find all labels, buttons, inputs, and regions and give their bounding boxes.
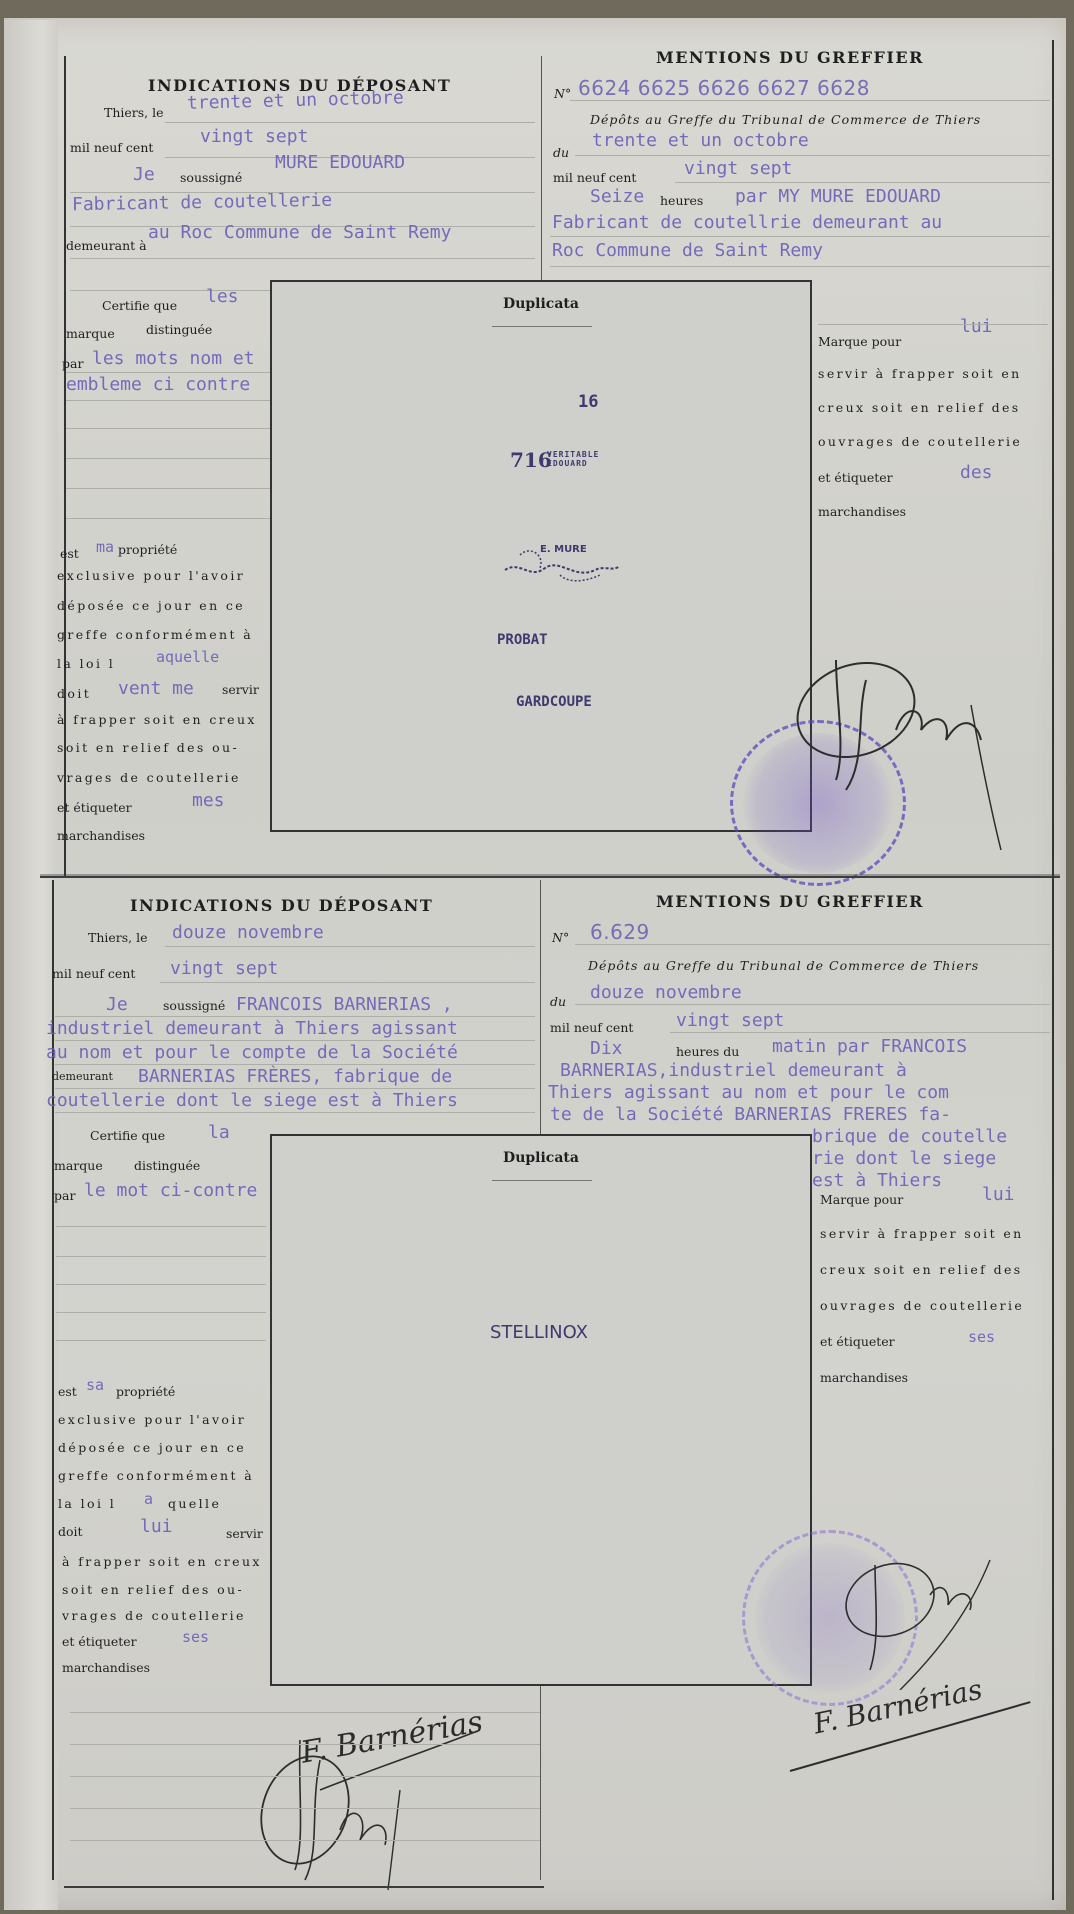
- par-value-2: embleme ci contre: [66, 374, 250, 395]
- page-binding: [4, 20, 58, 1910]
- rule: [818, 324, 1048, 325]
- rule: [70, 1776, 540, 1777]
- rule: [70, 258, 535, 259]
- column-divider-upper: [541, 56, 542, 286]
- clerk-detail-1: Fabricant de coutellrie demeurant au: [552, 212, 942, 233]
- certifie-value: les: [206, 286, 239, 307]
- lower-duplicata-box: Duplicata STELLINOX: [270, 1134, 812, 1686]
- rule: [55, 1040, 535, 1041]
- clause-line: greffe conformément à: [57, 627, 253, 642]
- year-label: mil neuf cent: [70, 140, 153, 155]
- certifie-label: Certifie que: [102, 298, 177, 313]
- rule: [165, 122, 535, 123]
- clause-line: à frapper soit en creux: [62, 1554, 262, 1569]
- marque-pour-value: lui: [960, 316, 993, 337]
- entry-divider: [40, 876, 1060, 878]
- deposit-numbers: 6624 6625 6626 6627 6628: [578, 76, 870, 100]
- stamp-16: 16: [578, 392, 598, 412]
- hour-value: Dix: [590, 1038, 623, 1059]
- certifie-value: la: [208, 1122, 230, 1143]
- clause-line: et étiqueter: [62, 1634, 137, 1649]
- heures-label: heures du: [676, 1044, 739, 1059]
- rule: [66, 518, 276, 519]
- clause-line: creux soit en relief des: [818, 400, 1021, 415]
- clerk-detail-3: te de la Société BARNERIAS FRERES fa-: [550, 1104, 951, 1125]
- du-label: du: [550, 994, 566, 1009]
- upper-clerk-heading: MENTIONS DU GREFFIER: [656, 48, 924, 67]
- clause-line: soit en relief des ou-: [57, 740, 239, 755]
- rule: [575, 1004, 1050, 1005]
- rule: [66, 488, 276, 489]
- rule: [55, 1064, 535, 1065]
- rule: [575, 944, 1050, 945]
- clause-line: et étiqueter: [820, 1334, 895, 1349]
- stamp-gardcoupe: GARDCOUPE: [516, 694, 592, 710]
- rule: [670, 1032, 1050, 1033]
- rule: [70, 1712, 540, 1713]
- marque-pour-value: lui: [982, 1184, 1015, 1205]
- clause-line: déposée ce jour en ce: [57, 598, 245, 613]
- hour-value: Seize: [590, 186, 644, 207]
- clause-line: ouvrages de coutellerie: [820, 1298, 1024, 1313]
- distinguee-label: distinguée: [134, 1158, 200, 1173]
- depositor-name: FRANCOIS BARNERIAS ,: [236, 994, 453, 1015]
- doit-value: vent me: [118, 678, 194, 699]
- je-text: Je: [133, 164, 155, 185]
- etiqueter-value: ses: [182, 1628, 209, 1646]
- deposit-number: 6.629: [590, 920, 650, 944]
- clause-line: et étiqueter: [57, 800, 132, 815]
- clause-line: ouvrages de coutellerie: [818, 434, 1022, 449]
- year-value: vingt sept: [200, 126, 308, 147]
- clause-line: vrages de coutellerie: [62, 1608, 246, 1623]
- clause-line: marchandises: [62, 1660, 150, 1675]
- clause-line: servir à frapper soit en: [820, 1226, 1024, 1241]
- clerk-detail-4: brique de coutelle: [812, 1126, 1007, 1147]
- marque-pour-label: Marque pour: [818, 334, 901, 349]
- clause-line: doit: [57, 686, 91, 701]
- par-depositor: par MY MURE EDOUARD: [735, 186, 941, 207]
- stamp-e-mure: E. MURE: [540, 544, 587, 555]
- clause-line: marchandises: [57, 828, 145, 843]
- year-value: vingt sept: [676, 1010, 784, 1031]
- stamp-probat: PROBAT: [497, 632, 548, 648]
- rule: [492, 1180, 592, 1181]
- lower-depositor-heading: INDICATIONS DU DÉPOSANT: [130, 896, 433, 915]
- rule: [570, 100, 1050, 101]
- demeurant-label: demeurant à: [66, 238, 147, 253]
- rule: [70, 1840, 540, 1841]
- entry-divider-shadow: [40, 874, 1060, 876]
- depositor-name: MURE EDOUARD: [275, 152, 405, 173]
- clause-line: marchandises: [818, 504, 906, 519]
- clause-line: et étiqueter: [818, 470, 893, 485]
- rule: [56, 1226, 266, 1227]
- marque-pour-label: Marque pour: [820, 1192, 903, 1207]
- etiqueter-value: mes: [192, 790, 225, 811]
- rule: [55, 1112, 535, 1113]
- clerk-signature-upper: [776, 620, 1026, 860]
- year-label: mil neuf cent: [553, 170, 636, 185]
- clause-line: exclusive pour l'avoir: [58, 1412, 246, 1427]
- clause-line: doit: [58, 1524, 83, 1539]
- stamp-716: 716: [510, 448, 552, 472]
- clause-line: vrages de coutellerie: [57, 770, 241, 785]
- laquelle-suffix: quelle: [168, 1496, 221, 1511]
- depositor-detail-4: coutellerie dont le siege est à Thiers: [46, 1090, 458, 1111]
- address: au Roc Commune de Saint Remy: [148, 222, 451, 243]
- place-label: Thiers, le: [88, 930, 148, 945]
- rule: [56, 1340, 266, 1341]
- par-label: par: [62, 356, 83, 371]
- rule: [66, 458, 276, 459]
- rule: [550, 266, 1050, 267]
- par-value: le mot ci-contre: [84, 1180, 257, 1201]
- est-label: est: [60, 546, 79, 561]
- rule: [575, 155, 1050, 156]
- bottom-edge: [64, 1886, 544, 1888]
- clerk-detail-2: Thiers agissant au nom et pour le com: [548, 1082, 949, 1103]
- etiqueter-value: des: [960, 462, 993, 483]
- clause-line: greffe conformément à: [58, 1468, 254, 1483]
- clause-line: à frapper soit en creux: [57, 712, 257, 727]
- par-value-1: les mots nom et: [92, 348, 255, 369]
- rule: [492, 326, 592, 327]
- rule: [56, 1284, 266, 1285]
- year-label: mil neuf cent: [550, 1020, 633, 1035]
- etiqueter-value: ses: [968, 1328, 995, 1346]
- propriete-label: propriété: [118, 542, 177, 557]
- trademark-stellinox: STELLINOX: [490, 1322, 588, 1343]
- year-value: vingt sept: [684, 158, 792, 179]
- clerk-detail-6: est à Thiers: [812, 1170, 942, 1191]
- duplicata-label: Duplicata: [272, 296, 810, 312]
- laquelle-value: a: [144, 1490, 153, 1508]
- clerk-detail-1: BARNERIAS,industriel demeurant à: [560, 1060, 907, 1081]
- clause-line: exclusive pour l'avoir: [57, 568, 245, 583]
- clause-line: la loi l: [58, 1496, 116, 1511]
- rule: [70, 1744, 540, 1745]
- est-value: ma: [96, 538, 114, 556]
- servir-label: servir: [222, 682, 259, 697]
- clause-line: soit en relief des ou-: [62, 1582, 244, 1597]
- rule: [66, 400, 276, 401]
- rule: [56, 1256, 266, 1257]
- clause-line: déposée ce jour en ce: [58, 1440, 246, 1455]
- par-label: par: [54, 1188, 75, 1203]
- certifie-label: Certifie que: [90, 1128, 165, 1143]
- est-label: est: [58, 1384, 77, 1399]
- rule: [66, 428, 276, 429]
- number-label: N°: [554, 86, 571, 101]
- depositor-detail-2: au nom et pour le compte de la Société: [46, 1042, 458, 1063]
- number-label: N°: [552, 930, 569, 945]
- je-text: Je: [106, 994, 128, 1015]
- rule: [70, 1808, 540, 1809]
- servir-label: servir: [226, 1526, 263, 1541]
- rule: [56, 1312, 266, 1313]
- soussigne-label: soussigné: [180, 170, 242, 185]
- par-depositor: matin par FRANCOIS: [772, 1036, 967, 1057]
- depots-label: Dépôts au Greffe du Tribunal de Commerce…: [590, 112, 981, 127]
- deposit-date: trente et un octobre: [592, 130, 809, 151]
- deposit-date: douze novembre: [590, 982, 742, 1003]
- rule: [55, 1088, 535, 1089]
- distinguee-label: distinguée: [146, 322, 212, 337]
- year-value: vingt sept: [170, 958, 278, 979]
- clerk-signature-left: [250, 1720, 500, 1890]
- rule: [675, 182, 1050, 183]
- rule: [66, 372, 276, 373]
- rule: [160, 982, 535, 983]
- rule: [55, 1016, 535, 1017]
- marque-label: marque: [54, 1158, 103, 1173]
- year-label: mil neuf cent: [52, 966, 135, 981]
- laquelle-value: aquelle: [156, 648, 219, 666]
- date-value: douze novembre: [172, 922, 324, 943]
- clause-line: la loi l: [57, 656, 115, 671]
- propriete-label: propriété: [116, 1384, 175, 1399]
- clause-line: creux soit en relief des: [820, 1262, 1023, 1277]
- clause-line: servir à frapper soit en: [818, 366, 1022, 381]
- depositor-detail-3: BARNERIAS FRÈRES, fabrique de: [138, 1066, 452, 1087]
- depositor-detail-1: industriel demeurant à Thiers agissant: [46, 1018, 458, 1039]
- clause-line: marchandises: [820, 1370, 908, 1385]
- rule: [165, 946, 535, 947]
- du-label: du: [553, 145, 569, 160]
- demeurant-label: demeurant: [52, 1070, 113, 1083]
- marque-label: marque: [66, 326, 115, 341]
- lower-clerk-heading: MENTIONS DU GREFFIER: [656, 892, 924, 911]
- stamp-veritable-edouard: VERITABLE EDOUARD: [547, 450, 593, 468]
- clerk-detail-2: Roc Commune de Saint Remy: [552, 240, 823, 261]
- est-value: sa: [86, 1376, 104, 1394]
- right-margin-rule: [1052, 40, 1054, 1900]
- heures-label: heures: [660, 193, 703, 208]
- rule: [550, 236, 1050, 237]
- duplicata-label: Duplicata: [272, 1150, 810, 1166]
- soussigne-label: soussigné: [163, 998, 225, 1013]
- clerk-detail-5: rie dont le siege: [812, 1148, 996, 1169]
- doit-value: lui: [140, 1516, 173, 1537]
- depots-label: Dépôts au Greffe du Tribunal de Commerce…: [588, 958, 979, 973]
- upper-duplicata-box: Duplicata 16 716 VERITABLE EDOUARD E. MU…: [270, 280, 812, 832]
- place-label: Thiers, le: [104, 105, 164, 120]
- clerk-signature-lower: [830, 1540, 1010, 1690]
